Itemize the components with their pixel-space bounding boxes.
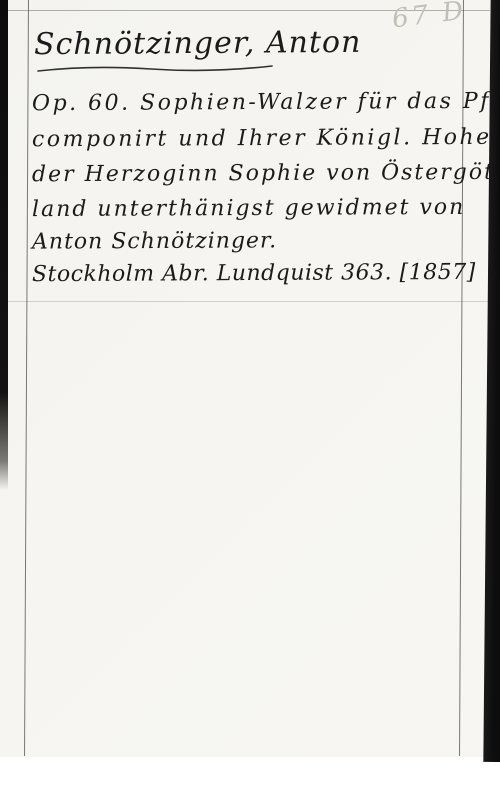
catalog-entry-line: Op. 60. Sophien-Walzer für das Pf	[32, 89, 491, 116]
faint-middle-rule	[8, 301, 488, 302]
pencil-shelf-mark: 67 D	[390, 0, 467, 34]
imprint-line: Stockholm Abr. Lundquist 363. [1857]	[32, 260, 476, 287]
catalog-entry-line: Anton Schnötzinger.	[32, 228, 277, 254]
composer-name-heading: Schnötzinger, Anton	[34, 25, 362, 62]
left-margin-rule	[24, 0, 29, 756]
heading-underline-flourish	[36, 62, 276, 74]
catalog-entry-line: componirt und Ihrer Königl. Hoheit	[32, 125, 500, 153]
catalog-entry-line: land unterthänigst gewidmet von	[32, 195, 465, 222]
scanned-page: 67 D Schnötzinger, Anton Op. 60. Sophien…	[0, 0, 500, 800]
catalog-card: 67 D Schnötzinger, Anton Op. 60. Sophien…	[0, 0, 500, 757]
scan-border-left	[0, 0, 8, 490]
catalog-entry-line: der Herzoginn Sophie von Östergöth-	[32, 160, 500, 188]
